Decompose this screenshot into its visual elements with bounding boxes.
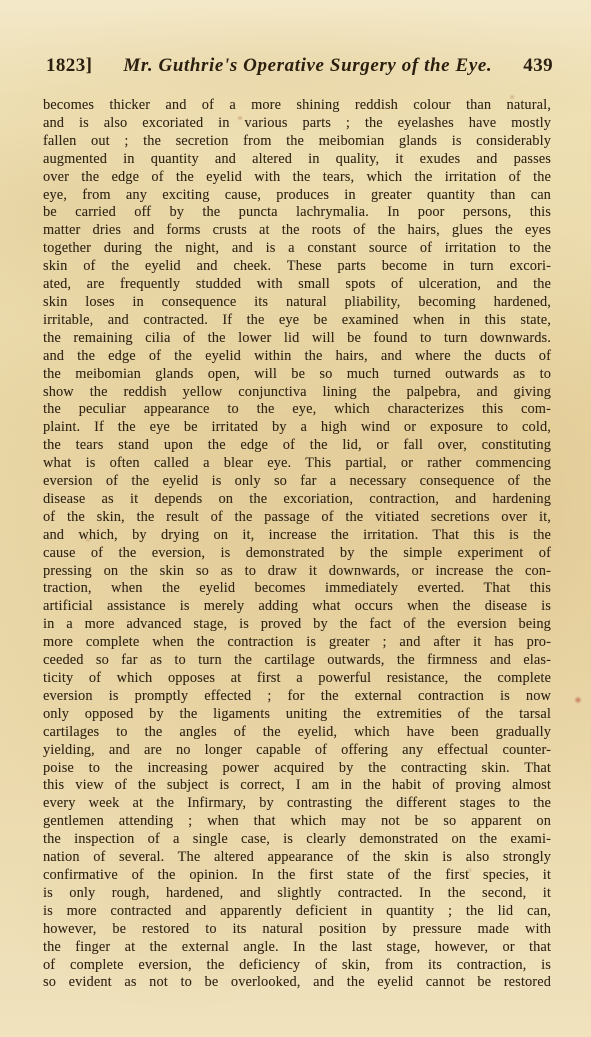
text-line: disease as it depends on the excoriation… (43, 491, 551, 509)
text-line: confirmative of the opinion. In the firs… (43, 867, 551, 885)
text-line: plaint. If the eye be irritated by a hig… (43, 419, 551, 437)
running-header: 1823] Mr. Guthrie's Operative Surgery of… (46, 55, 553, 77)
header-year: 1823] (46, 55, 92, 77)
text-line: and is also excoriated in various parts … (43, 115, 551, 133)
text-line: the remaining cilia of the lower lid wil… (43, 330, 551, 348)
text-line: so evident as not to be overlooked, and … (43, 974, 551, 992)
text-line: yielding, and are no longer capable of o… (43, 742, 551, 760)
text-line: the inspection of a single case, is clea… (43, 831, 551, 849)
text-line: show the reddish yellow conjunctiva lini… (43, 384, 551, 402)
text-line: the meibomian glands open, will be so mu… (43, 366, 551, 384)
page-number: 439 (523, 55, 553, 77)
text-line: ticity of which opposes at first a power… (43, 670, 551, 688)
text-line: the tears stand upon the edge of the lid… (43, 437, 551, 455)
text-line: nation of several. The altered appearanc… (43, 849, 551, 867)
text-line: fallen out ; the secretion from the meib… (43, 133, 551, 151)
text-line: eversion of the eyelid is only so far a … (43, 473, 551, 491)
text-line: together during the night, and is a cons… (43, 240, 551, 258)
text-line: ceeded so far as to turn the cartilage o… (43, 652, 551, 670)
book-page-scan: 1823] Mr. Guthrie's Operative Surgery of… (0, 0, 591, 1037)
text-line: in a more advanced stage, is proved by t… (43, 616, 551, 634)
text-line: be carried off by the puncta lachrymalia… (43, 204, 551, 222)
text-line: cartilages to the angles of the eyelid, … (43, 724, 551, 742)
text-line: the finger at the external angle. In the… (43, 939, 551, 957)
text-line: eye, from any exciting cause, produces i… (43, 187, 551, 205)
text-line: traction, when the eyelid becomes immedi… (43, 580, 551, 598)
text-line: what is often called a blear eye. This p… (43, 455, 551, 473)
text-line: cause of the eversion, is demonstrated b… (43, 545, 551, 563)
body-text: becomes thicker and of a more shining re… (43, 97, 551, 992)
text-line: and which, by drying on it, increase the… (43, 527, 551, 545)
text-line: augmented in quantity and altered in qua… (43, 151, 551, 169)
text-line: becomes thicker and of a more shining re… (43, 97, 551, 115)
text-line: of complete eversion, the deficiency of … (43, 957, 551, 975)
text-line: is more contracted and apparently defici… (43, 903, 551, 921)
text-line: and the edge of the eyelid within the ha… (43, 348, 551, 366)
text-line: skin loses in consequence its natural pl… (43, 294, 551, 312)
running-title: Mr. Guthrie's Operative Surgery of the E… (92, 55, 523, 77)
text-line: eversion is promptly effected ; for the … (43, 688, 551, 706)
text-line: artificial assistance is merely adding w… (43, 598, 551, 616)
text-line: ated, are frequently studded with small … (43, 276, 551, 294)
text-line: pressing on the skin so as to draw it do… (43, 563, 551, 581)
text-line: only opposed by the ligaments uniting th… (43, 706, 551, 724)
text-line: irritable, and contracted. If the eye be… (43, 312, 551, 330)
text-line: is only rough, hardened, and slightly co… (43, 885, 551, 903)
text-line: of the skin, the result of the passage o… (43, 509, 551, 527)
text-line: more complete when the contraction is gr… (43, 634, 551, 652)
text-line: matter dries and forms crusts at the roo… (43, 222, 551, 240)
text-line: however, be restored to its natural posi… (43, 921, 551, 939)
text-line: poise to the increasing power acquired b… (43, 760, 551, 778)
text-line: over the edge of the eyelid with the tea… (43, 169, 551, 187)
text-line: the peculiar appearance to the eye, whic… (43, 401, 551, 419)
text-line: every week at the Infirmary, by contrast… (43, 795, 551, 813)
text-line: skin of the eyelid and cheek. These part… (43, 258, 551, 276)
text-line: gentlemen attending ; when that which ma… (43, 813, 551, 831)
text-line: this view of the subject is correct, I a… (43, 777, 551, 795)
